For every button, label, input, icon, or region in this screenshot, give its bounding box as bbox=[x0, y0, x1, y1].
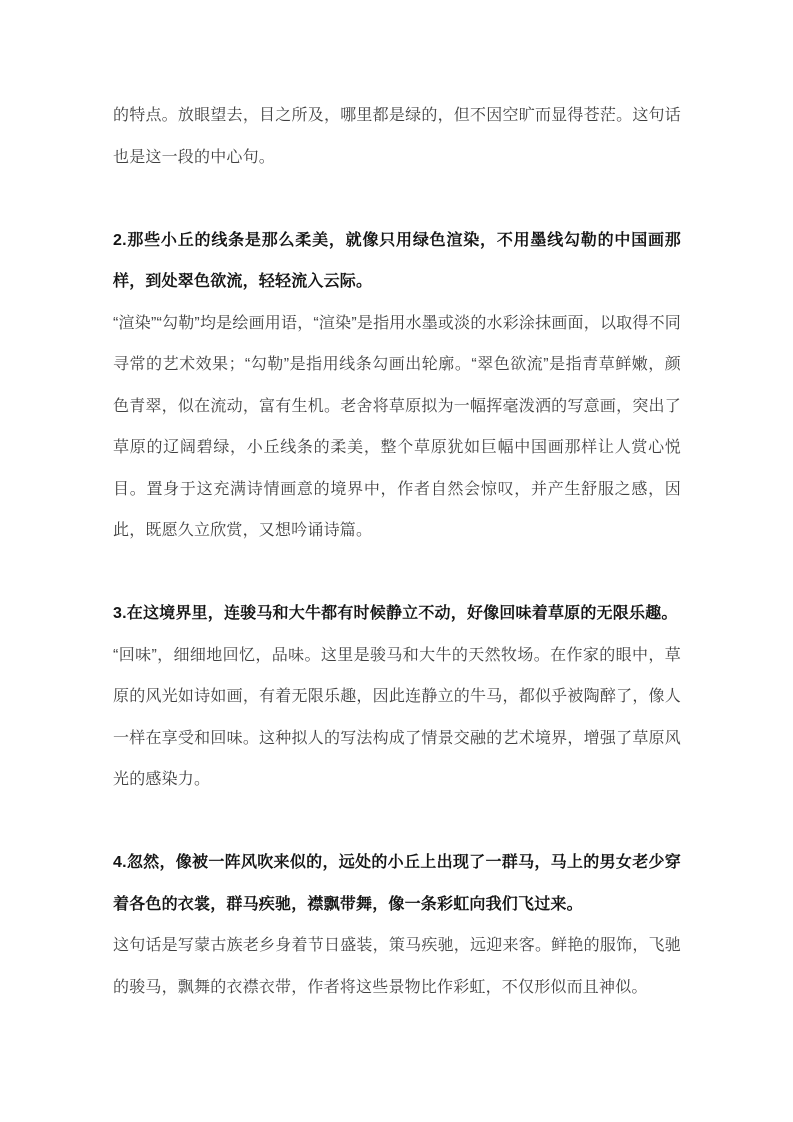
continuation-paragraph-center-sentence: 的特点。放眼望去，目之所及，哪里都是绿的，但不因空旷而显得苍茫。这句话也是这一段… bbox=[113, 95, 681, 178]
analysis-heading-point-2: 2.那些小丘的线条是那么柔美，就像只用绿色渲染，不用墨线勾勒的中国画那样，到处翠… bbox=[113, 220, 681, 303]
analysis-heading-point-3: 3.在这境界里，连骏马和大牛都有时候静立不动，好像回味着草原的无限乐趣。 bbox=[113, 593, 681, 635]
document-page: 的特点。放眼望去，目之所及，哪里都是绿的，但不因空旷而显得苍茫。这句话也是这一段… bbox=[0, 0, 793, 1122]
analysis-explanation-point-4: 这句话是写蒙古族老乡身着节日盛装，策马疾驰，远迎来客。鲜艳的服饰，飞驰的骏马，飘… bbox=[113, 925, 681, 1008]
analysis-explanation-point-3: “回味”，细细地回忆，品味。这里是骏马和大牛的天然牧场。在作家的眼中，草原的风光… bbox=[113, 635, 681, 801]
analysis-explanation-point-2: “渲染”“勾勒”均是绘画用语，“渲染”是指用水墨或淡的水彩涂抹画面，以取得不同寻… bbox=[113, 303, 681, 552]
analysis-heading-point-4: 4.忽然，像被一阵风吹来似的，远处的小丘上出现了一群马，马上的男女老少穿着各色的… bbox=[113, 842, 681, 925]
